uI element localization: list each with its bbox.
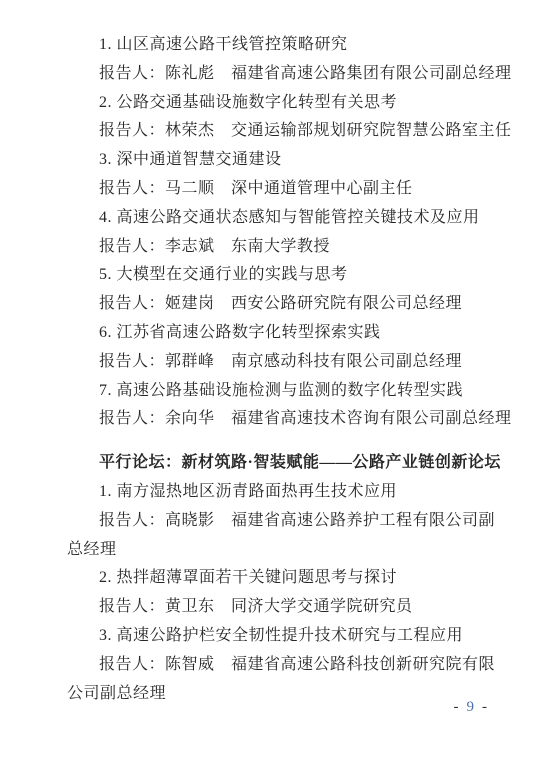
agenda-item: 3. 高速公路护栏安全韧性提升技术研究与工程应用 报告人：陈智威 福建省高速公路… xyxy=(67,622,519,708)
page-number-dash-right: - xyxy=(482,699,488,715)
agenda-item-title: 4. 高速公路交通状态感知与智能管控关键技术及应用 xyxy=(67,204,519,233)
agenda-item-speaker: 报告人：高晓影 福建省高速公路养护工程有限公司副 xyxy=(67,507,519,536)
agenda-content: 1. 山区高速公路干线管控策略研究 报告人：陈礼彪 福建省高速公路集团有限公司副… xyxy=(67,31,519,708)
page-footer: -9- xyxy=(0,698,554,716)
section-spacer xyxy=(67,434,519,449)
agenda-item-speaker: 报告人：陈礼彪 福建省高速公路集团有限公司副总经理 xyxy=(67,60,519,89)
page-number-dash-left: - xyxy=(454,699,460,715)
agenda-item-speaker: 报告人：郭群峰 南京感动科技有限公司副总经理 xyxy=(67,348,519,377)
agenda-item: 1. 南方湿热地区沥青路面热再生技术应用 报告人：高晓影 福建省高速公路养护工程… xyxy=(67,478,519,564)
agenda-item-speaker-continuation: 总经理 xyxy=(67,536,519,565)
agenda-item: 6. 江苏省高速公路数字化转型探索实践 报告人：郭群峰 南京感动科技有限公司副总… xyxy=(67,319,519,377)
agenda-item-speaker: 报告人：余向华 福建省高速技术咨询有限公司副总经理 xyxy=(67,405,519,434)
parallel-forum-section: 平行论坛：新材筑路·智装赋能——公路产业链创新论坛 1. 南方湿热地区沥青路面热… xyxy=(67,449,519,708)
agenda-item-title: 6. 江苏省高速公路数字化转型探索实践 xyxy=(67,319,519,348)
agenda-item-speaker: 报告人：黄卫东 同济大学交通学院研究员 xyxy=(67,593,519,622)
agenda-item: 2. 公路交通基础设施数字化转型有关思考 报告人：林荣杰 交通运输部规划研究院智… xyxy=(67,89,519,147)
agenda-item-title: 1. 南方湿热地区沥青路面热再生技术应用 xyxy=(67,478,519,507)
agenda-item-title: 5. 大模型在交通行业的实践与思考 xyxy=(67,261,519,290)
agenda-item-title: 2. 公路交通基础设施数字化转型有关思考 xyxy=(67,89,519,118)
forum-header: 平行论坛：新材筑路·智装赋能——公路产业链创新论坛 xyxy=(67,449,519,478)
agenda-item-title: 7. 高速公路基础设施检测与监测的数字化转型实践 xyxy=(67,377,519,406)
agenda-item: 7. 高速公路基础设施检测与监测的数字化转型实践 报告人：余向华 福建省高速技术… xyxy=(67,377,519,435)
agenda-item: 5. 大模型在交通行业的实践与思考 报告人：姬建岗 西安公路研究院有限公司总经理 xyxy=(67,261,519,319)
agenda-item-speaker: 报告人：马二顺 深中通道管理中心副主任 xyxy=(67,175,519,204)
agenda-item-title: 2. 热拌超薄罩面若干关键问题思考与探讨 xyxy=(67,564,519,593)
agenda-item-speaker: 报告人：姬建岗 西安公路研究院有限公司总经理 xyxy=(67,290,519,319)
agenda-item-speaker: 报告人：李志斌 东南大学教授 xyxy=(67,233,519,262)
agenda-item: 1. 山区高速公路干线管控策略研究 报告人：陈礼彪 福建省高速公路集团有限公司副… xyxy=(67,31,519,89)
agenda-item-speaker: 报告人：林荣杰 交通运输部规划研究院智慧公路室主任 xyxy=(67,117,519,146)
agenda-item-title: 3. 高速公路护栏安全韧性提升技术研究与工程应用 xyxy=(67,622,519,651)
page-number: 9 xyxy=(460,699,483,715)
agenda-item: 2. 热拌超薄罩面若干关键问题思考与探讨 报告人：黄卫东 同济大学交通学院研究员 xyxy=(67,564,519,622)
agenda-item-title: 3. 深中通道智慧交通建设 xyxy=(67,146,519,175)
agenda-item: 4. 高速公路交通状态感知与智能管控关键技术及应用 报告人：李志斌 东南大学教授 xyxy=(67,204,519,262)
agenda-item-title: 1. 山区高速公路干线管控策略研究 xyxy=(67,31,519,60)
agenda-item-speaker: 报告人：陈智威 福建省高速公路科技创新研究院有限 xyxy=(67,651,519,680)
agenda-item: 3. 深中通道智慧交通建设 报告人：马二顺 深中通道管理中心副主任 xyxy=(67,146,519,204)
document-page: 1. 山区高速公路干线管控策略研究 报告人：陈礼彪 福建省高速公路集团有限公司副… xyxy=(0,0,554,766)
